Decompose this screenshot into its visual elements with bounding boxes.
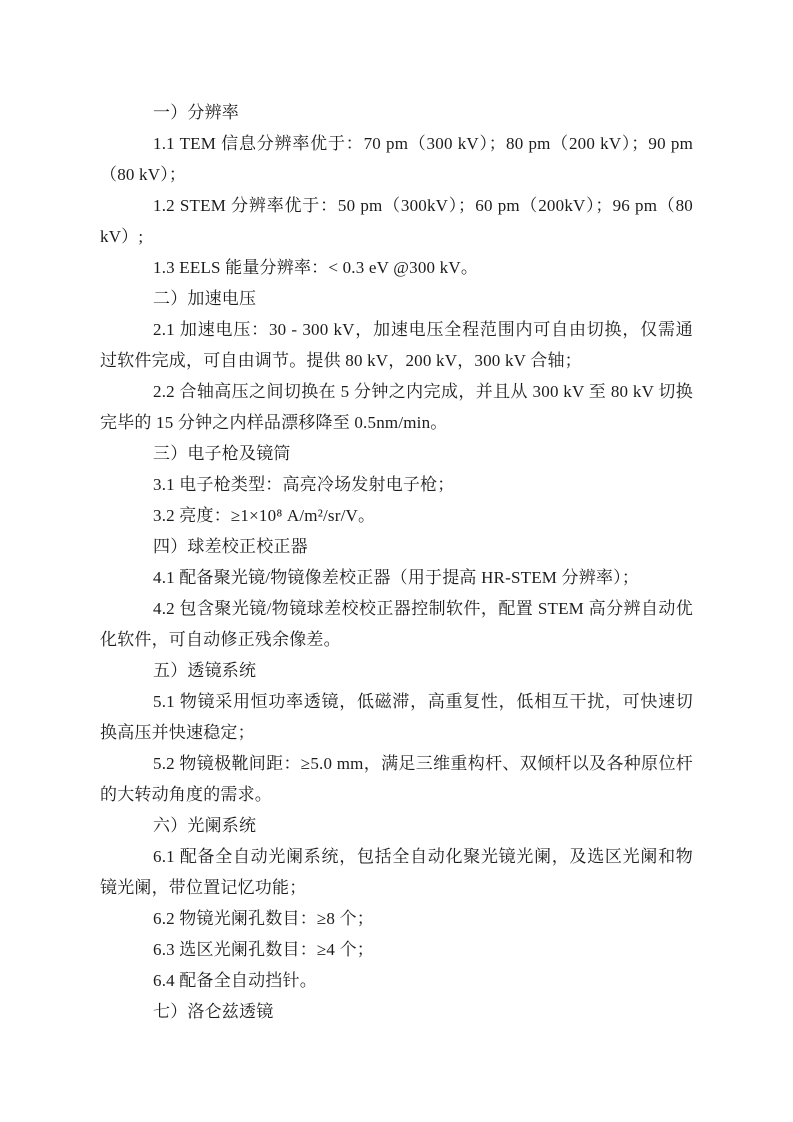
section-2-heading: 二）加速电压: [100, 283, 693, 314]
spec-item-4-1: 4.1 配备聚光镜/物镜像差校正器（用于提高 HR-STEM 分辨率）；: [100, 562, 693, 593]
spec-item-1-1: 1.1 TEM 信息分辨率优于：70 pm（300 kV）；80 pm（200 …: [100, 128, 693, 190]
spec-item-6-2: 6.2 物镜光阑孔数目：≥8 个；: [100, 903, 693, 934]
section-7-heading: 七）洛仑兹透镜: [100, 996, 693, 1027]
spec-item-6-4: 6.4 配备全自动挡针。: [100, 965, 693, 996]
spec-item-2-1: 2.1 加速电压：30 - 300 kV，加速电压全程范围内可自由切换，仅需通过…: [100, 314, 693, 376]
spec-item-2-2: 2.2 合轴高压之间切换在 5 分钟之内完成，并且从 300 kV 至 80 k…: [100, 376, 693, 438]
spec-item-1-3: 1.3 EELS 能量分辨率：< 0.3 eV @300 kV。: [100, 252, 693, 283]
spec-item-3-2: 3.2 亮度：≥1×10⁸ A/m²/sr/V。: [100, 500, 693, 531]
spec-item-3-1: 3.1 电子枪类型：高亮冷场发射电子枪；: [100, 469, 693, 500]
section-4-heading: 四）球差校正校正器: [100, 531, 693, 562]
section-6-heading: 六）光阑系统: [100, 810, 693, 841]
spec-item-6-3: 6.3 选区光阑孔数目：≥4 个；: [100, 934, 693, 965]
document-page: 一）分辨率 1.1 TEM 信息分辨率优于：70 pm（300 kV）；80 p…: [0, 0, 793, 1122]
spec-item-1-2: 1.2 STEM 分辨率优于：50 pm（300kV）；60 pm（200kV）…: [100, 190, 693, 252]
section-1-heading: 一）分辨率: [100, 97, 693, 128]
spec-item-6-1: 6.1 配备全自动光阑系统，包括全自动化聚光镜光阑，及选区光阑和物镜光阑，带位置…: [100, 841, 693, 903]
spec-item-4-2: 4.2 包含聚光镜/物镜球差校校正器控制软件，配置 STEM 高分辨自动优化软件…: [100, 593, 693, 655]
spec-item-5-1: 5.1 物镜采用恒功率透镜，低磁滞，高重复性，低相互干扰，可快速切换高压并快速稳…: [100, 686, 693, 748]
section-5-heading: 五）透镜系统: [100, 655, 693, 686]
spec-item-5-2: 5.2 物镜极靴间距：≥5.0 mm，满足三维重构杆、双倾杆以及各种原位杆的大转…: [100, 748, 693, 810]
section-3-heading: 三）电子枪及镜筒: [100, 438, 693, 469]
